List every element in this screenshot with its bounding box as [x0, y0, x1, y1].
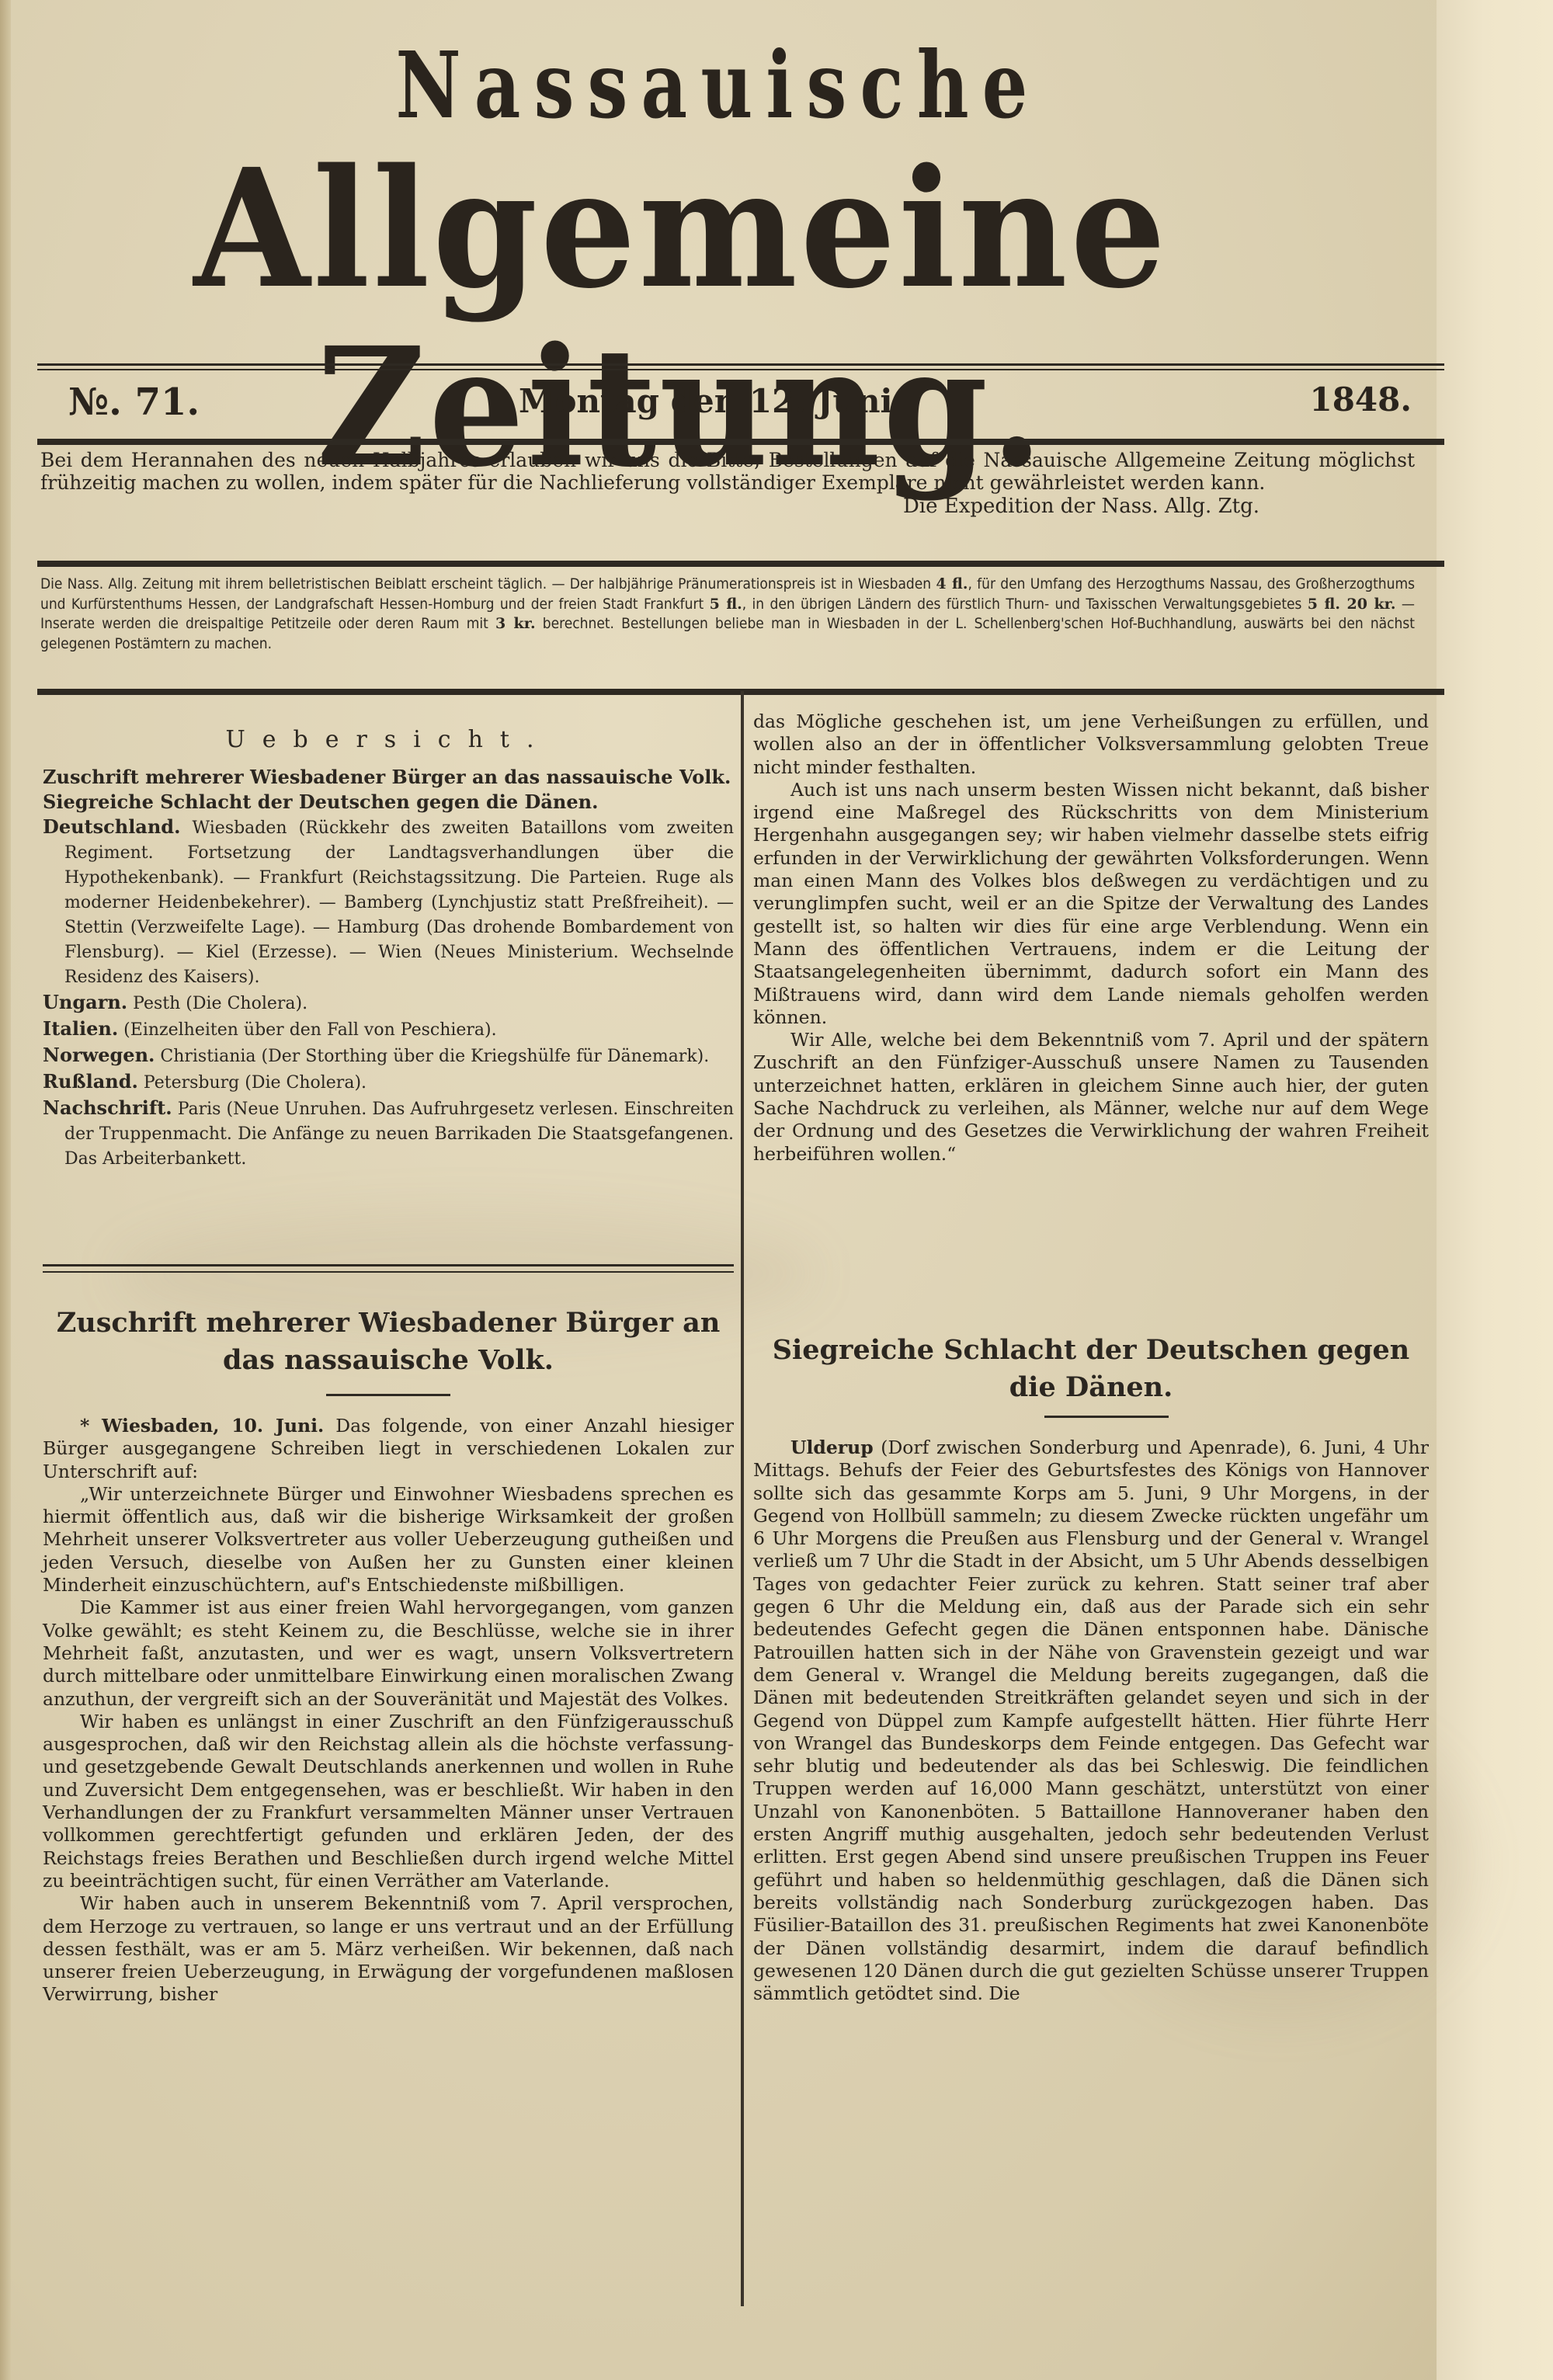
overview-text: (Einzelheiten über den Fall von Peschier… [123, 1020, 496, 1040]
paragraph: (Dorf zwischen Sonderburg und Apenrade),… [753, 1437, 1429, 2004]
subscription-notice: Bei dem Herannahen des neuen Halbjahres … [40, 449, 1415, 518]
dateline: №. 71. Montag den 12. Juni 1848. [37, 380, 1412, 419]
article-continuation: das Mögliche geschehen ist, um jene Verh… [753, 711, 1429, 1166]
paragraph: Die Kammer ist aus einer freien Wahl her… [43, 1597, 734, 1710]
paragraph: „Wir unterzeichnete Bürger und Einwohner… [43, 1483, 734, 1597]
masthead-line1: Nassauische [158, 31, 1279, 139]
article-title-wiesbaden: Zuschrift mehrerer Wiesbadener Bürger an… [43, 1305, 734, 1379]
paper-edge [0, 0, 11, 2380]
article-dateline: * Wiesbaden, 10. Juni. [80, 1415, 324, 1437]
issue-year: 1848. [1309, 380, 1412, 419]
overview-headline: Siegreiche Schlacht der Deutschen gegen … [43, 790, 734, 815]
section-rule [43, 1264, 734, 1273]
issue-number: №. 71. [68, 380, 200, 424]
overview-item: Ungarn. Pesth (Die Cholera). [43, 990, 734, 1016]
article-body-wiesbaden: * Wiesbaden, 10. Juni. Das folgende, von… [43, 1415, 734, 2006]
paragraph: Wir haben es unlängst in einer Zuschrift… [43, 1711, 734, 1892]
subscription-terms: Die Nass. Allg. Zeitung mit ihrem bellet… [40, 575, 1415, 654]
overview-category: Rußland. [43, 1070, 138, 1093]
issue-date: Montag den 12. Juni [519, 382, 892, 420]
price-other: 5 fl. 20 kr. [1308, 596, 1396, 613]
price-ad: 3 kr. [495, 615, 536, 632]
overview-category: Deutschland. [43, 815, 180, 838]
article-title-battle: Siegreiche Schlacht der Deutschen gegen … [753, 1332, 1429, 1406]
overview-text: Christiania (Der Storthing über die Krie… [160, 1047, 709, 1066]
terms-text: , in den übrigen Ländern des fürstlich T… [742, 596, 1308, 613]
overview-category: Norwegen. [43, 1044, 155, 1066]
paragraph: Wir haben auch in unserem Bekenntniß vom… [43, 1892, 734, 2006]
overview-item: Rußland. Petersburg (Die Cholera). [43, 1069, 734, 1096]
paper-margin [1437, 0, 1553, 2380]
overview-item: Norwegen. Christiania (Der Storthing übe… [43, 1043, 734, 1069]
title-rule [326, 1394, 450, 1396]
price-wiesbaden: 4 fl. [936, 575, 968, 592]
masthead-rule [37, 363, 1444, 366]
terms-text: Die Nass. Allg. Zeitung mit ihrem bellet… [40, 575, 936, 592]
overview-category: Italien. [43, 1017, 118, 1040]
notice-signature: Die Expedition der Nass. Allg. Ztg. [40, 495, 1415, 518]
price-frankfurt: 5 fl. [710, 596, 742, 613]
overview-item: Deutschland. Wiesbaden (Rückkehr des zwe… [43, 815, 734, 990]
overview-category: Ungarn. [43, 991, 127, 1013]
overview: Zuschrift mehrerer Wiesbadener Bürger an… [43, 765, 734, 1172]
thick-rule [37, 439, 1444, 445]
thick-rule [37, 561, 1444, 567]
masthead-rule-thin [37, 369, 1444, 370]
overview-title: Uebersicht. [43, 726, 734, 753]
paragraph: das Mögliche geschehen ist, um jene Verh… [753, 711, 1429, 779]
article-dateline: Ulderup [790, 1437, 874, 1458]
overview-item: Italien. (Einzelheiten über den Fall von… [43, 1016, 734, 1043]
overview-headline: Zuschrift mehrerer Wiesbadener Bürger an… [43, 765, 734, 790]
paragraph: Wir Alle, welche bei dem Bekenntniß vom … [753, 1029, 1429, 1166]
overview-text: Wiesbaden (Rückkehr des zweiten Bataillo… [64, 818, 734, 987]
column-divider [741, 691, 744, 2306]
overview-text: Petersburg (Die Cholera). [144, 1073, 367, 1093]
overview-category: Nachschrift. [43, 1096, 172, 1119]
paragraph: Auch ist uns nach unserm besten Wissen n… [753, 779, 1429, 1029]
title-rule [1044, 1416, 1169, 1418]
overview-item: Nachschrift. Paris (Neue Unruhen. Das Au… [43, 1096, 734, 1172]
notice-text: Bei dem Herannahen des neuen Halbjahres … [40, 449, 1415, 494]
article-body-battle: Ulderup (Dorf zwischen Sonderburg und Ap… [753, 1437, 1429, 2005]
overview-text: Pesth (Die Cholera). [133, 994, 307, 1013]
